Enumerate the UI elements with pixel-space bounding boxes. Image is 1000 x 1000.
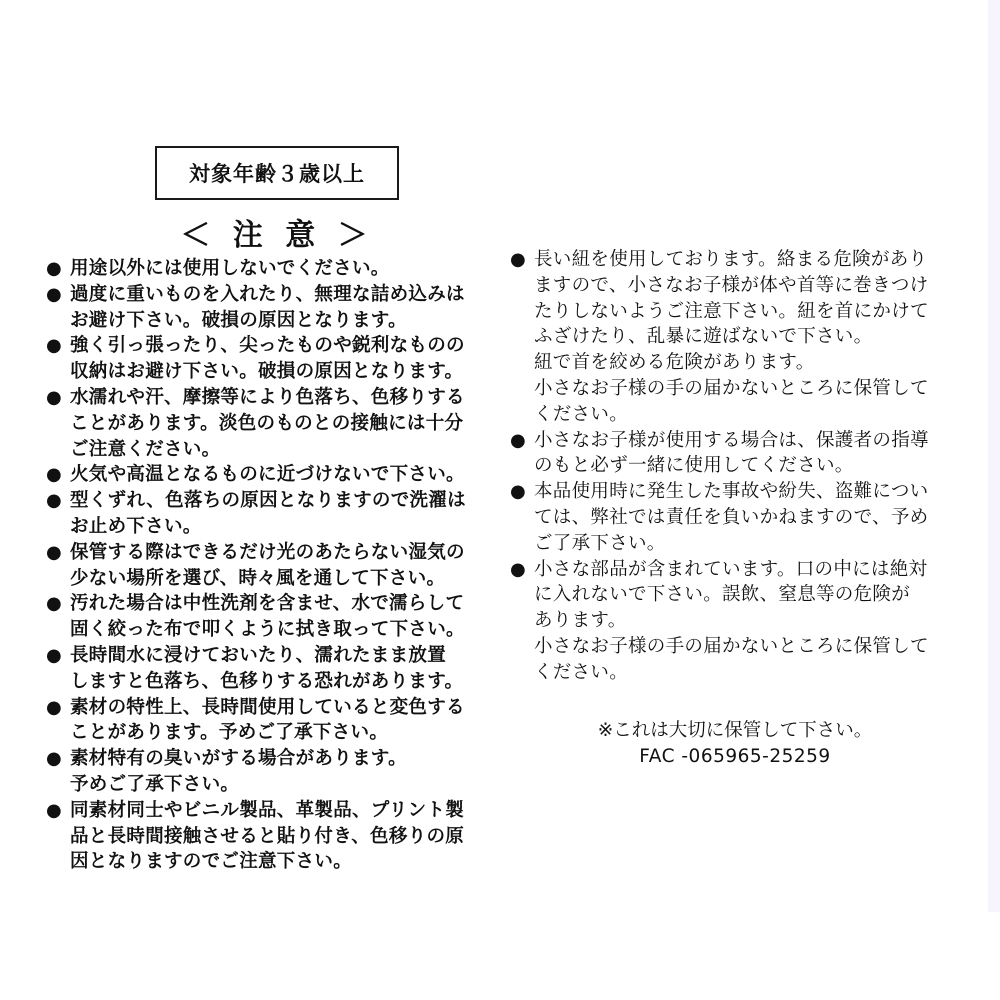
caution-item: ●過度に重いものを入れたり、無理な詰め込みはお避け下さい。破損の原因となります。: [46, 282, 496, 334]
caution-item-text: 火気や高温となるものに近づけないで下さい。: [70, 462, 496, 488]
caution-line: 品と長時間接触させると貼り付き、色移りの原: [70, 824, 496, 850]
caution-list-left: ●用途以外には使用しないでください。●過度に重いものを入れたり、無理な詰め込みは…: [46, 256, 496, 875]
bullet-icon: ●: [46, 333, 70, 359]
caution-line: 同素材同士やビニル製品、革製品、プリント製: [70, 798, 496, 824]
bullet-icon: ●: [46, 591, 70, 617]
caution-line: 小さなお子様の手の届かないところに保管して: [534, 376, 960, 402]
caution-line: 因となりますのでご注意下さい。: [70, 849, 496, 875]
caution-item: ●用途以外には使用しないでください。: [46, 256, 496, 282]
caution-item-text: 水濡れや汗、摩擦等により色落ち、色移りすることがあります。淡色のものとの接触には…: [70, 385, 496, 462]
caution-item: ●火気や高温となるものに近づけないで下さい。: [46, 462, 496, 488]
caution-line: 本品使用時に発生した事故や紛失、盗難につい: [534, 479, 960, 505]
caution-item: ●長時間水に浸けておいたり、濡れたまま放置しますと色落ち、色移りする恐れがありま…: [46, 643, 496, 695]
keep-note: ※これは大切に保管して下さい。: [560, 718, 910, 744]
bullet-icon: ●: [46, 462, 70, 488]
caution-line: 保管する際はできるだけ光のあたらない湿気の: [70, 540, 496, 566]
caution-line: 過度に重いものを入れたり、無理な詰め込みは: [70, 282, 496, 308]
caution-line: ては、弊社では責任を負いかねますので、予め: [534, 505, 960, 531]
caution-line: ふざけたり、乱暴に遊ばないで下さい。: [534, 324, 960, 350]
bullet-icon: ●: [510, 557, 534, 583]
caution-item: ●本品使用時に発生した事故や紛失、盗難については、弊社では責任を負いかねますので…: [510, 479, 960, 556]
caution-line: 固く絞った布で叩くように拭き取って下さい。: [70, 617, 496, 643]
caution-line: ください。: [534, 402, 960, 428]
caution-item: ●素材の特性上、長時間使用していると変色することがあります。予めご了承下さい。: [46, 695, 496, 747]
caution-item: ●強く引っ張ったり、尖ったものや鋭利なものの収納はお避け下さい。破損の原因となり…: [46, 333, 496, 385]
caution-item: ●素材特有の臭いがする場合があります。予めご了承下さい。: [46, 746, 496, 798]
caution-item: ●水濡れや汗、摩擦等により色落ち、色移りすることがあります。淡色のものとの接触に…: [46, 385, 496, 462]
caution-item-text: 小さなお子様が使用する場合は、保護者の指導のもと必ず一緒に使用してください。: [534, 428, 960, 480]
bullet-icon: ●: [46, 488, 70, 514]
edge-strip: [988, 0, 1000, 912]
caution-item: ●保管する際はできるだけ光のあたらない湿気の少ない場所を選び、時々風を通して下さ…: [46, 540, 496, 592]
caution-line: しますと色落ち、色移りする恐れがあります。: [70, 669, 496, 695]
product-code: FAC -065965-25259: [560, 744, 910, 770]
caution-line: 長時間水に浸けておいたり、濡れたまま放置: [70, 643, 496, 669]
caution-item-text: 長い紐を使用しております。絡まる危険がありますので、小さなお子様が体や首等に巻き…: [534, 247, 960, 428]
caution-line: 小さなお子様の手の届かないところに保管して: [534, 634, 960, 660]
caution-item: ●汚れた場合は中性洗剤を含ませ、水で濡らして固く絞った布で叩くように拭き取って下…: [46, 591, 496, 643]
caution-line: 火気や高温となるものに近づけないで下さい。: [70, 462, 496, 488]
caution-line: 型くずれ、色落ちの原因となりますので洗濯は: [70, 488, 496, 514]
caution-heading: ＜ 注 意 ＞: [155, 210, 399, 254]
caution-line: に入れないで下さい。誤飲、窒息等の危険が: [534, 582, 960, 608]
age-rating-box: 対象年齢３歳以上: [155, 146, 399, 200]
caution-line: あります。: [534, 608, 960, 634]
bullet-icon: ●: [46, 746, 70, 772]
caution-line: ご注意ください。: [70, 437, 496, 463]
caution-list-right: ●長い紐を使用しております。絡まる危険がありますので、小さなお子様が体や首等に巻…: [510, 247, 960, 686]
caution-line: 長い紐を使用しております。絡まる危険があり: [534, 247, 960, 273]
caution-item: ●長い紐を使用しております。絡まる危険がありますので、小さなお子様が体や首等に巻…: [510, 247, 960, 428]
caution-line: お避け下さい。破損の原因となります。: [70, 308, 496, 334]
age-rating-label: 対象年齢３歳以上: [189, 158, 365, 188]
bullet-icon: ●: [510, 479, 534, 505]
caution-item: ●同素材同士やビニル製品、革製品、プリント製品と長時間接触させると貼り付き、色移…: [46, 798, 496, 875]
caution-line: ますので、小さなお子様が体や首等に巻きつけ: [534, 273, 960, 299]
bullet-icon: ●: [46, 695, 70, 721]
bullet-icon: ●: [46, 798, 70, 824]
caution-line: のもと必ず一緒に使用してください。: [534, 453, 960, 479]
caution-item-text: 長時間水に浸けておいたり、濡れたまま放置しますと色落ち、色移りする恐れがあります…: [70, 643, 496, 695]
footer-note: ※これは大切に保管して下さい。 FAC -065965-25259: [560, 718, 910, 770]
caution-line: ください。: [534, 660, 960, 686]
caution-line: 小さな部品が含まれています。口の中には絶対: [534, 557, 960, 583]
caution-line: 素材の特性上、長時間使用していると変色する: [70, 695, 496, 721]
caution-line: 強く引っ張ったり、尖ったものや鋭利なものの: [70, 333, 496, 359]
caution-item-text: 素材特有の臭いがする場合があります。予めご了承下さい。: [70, 746, 496, 798]
bullet-icon: ●: [46, 256, 70, 282]
caution-line: ご了承下さい。: [534, 531, 960, 557]
caution-item: ●型くずれ、色落ちの原因となりますので洗濯はお止め下さい。: [46, 488, 496, 540]
caution-item: ●小さなお子様が使用する場合は、保護者の指導のもと必ず一緒に使用してください。: [510, 428, 960, 480]
caution-item-text: 型くずれ、色落ちの原因となりますので洗濯はお止め下さい。: [70, 488, 496, 540]
caution-item-text: 保管する際はできるだけ光のあたらない湿気の少ない場所を選び、時々風を通して下さい…: [70, 540, 496, 592]
caution-line: お止め下さい。: [70, 514, 496, 540]
caution-item-text: 素材の特性上、長時間使用していると変色することがあります。予めご了承下さい。: [70, 695, 496, 747]
bullet-icon: ●: [510, 428, 534, 454]
caution-item-text: 同素材同士やビニル製品、革製品、プリント製品と長時間接触させると貼り付き、色移り…: [70, 798, 496, 875]
caution-line: たりしないようご注意下さい。紐を首にかけて: [534, 299, 960, 325]
caution-line: 紐で首を絞める危険があります。: [534, 350, 960, 376]
caution-item-text: 汚れた場合は中性洗剤を含ませ、水で濡らして固く絞った布で叩くように拭き取って下さ…: [70, 591, 496, 643]
bullet-icon: ●: [46, 540, 70, 566]
caution-line: ことがあります。予めご了承下さい。: [70, 720, 496, 746]
bullet-icon: ●: [46, 643, 70, 669]
caution-line: 予めご了承下さい。: [70, 772, 496, 798]
caution-item-text: 小さな部品が含まれています。口の中には絶対に入れないで下さい。誤飲、窒息等の危険…: [534, 557, 960, 686]
caution-line: ことがあります。淡色のものとの接触には十分: [70, 411, 496, 437]
caution-item: ●小さな部品が含まれています。口の中には絶対に入れないで下さい。誤飲、窒息等の危…: [510, 557, 960, 686]
caution-line: 小さなお子様が使用する場合は、保護者の指導: [534, 428, 960, 454]
caution-line: 収納はお避け下さい。破損の原因となります。: [70, 359, 496, 385]
caution-line: 素材特有の臭いがする場合があります。: [70, 746, 496, 772]
caution-line: 用途以外には使用しないでください。: [70, 256, 496, 282]
caution-item-text: 用途以外には使用しないでください。: [70, 256, 496, 282]
caution-item-text: 過度に重いものを入れたり、無理な詰め込みはお避け下さい。破損の原因となります。: [70, 282, 496, 334]
caution-line: 少ない場所を選び、時々風を通して下さい。: [70, 566, 496, 592]
caution-line: 汚れた場合は中性洗剤を含ませ、水で濡らして: [70, 591, 496, 617]
caution-item-text: 強く引っ張ったり、尖ったものや鋭利なものの収納はお避け下さい。破損の原因となりま…: [70, 333, 496, 385]
bullet-icon: ●: [510, 247, 534, 273]
bullet-icon: ●: [46, 282, 70, 308]
bullet-icon: ●: [46, 385, 70, 411]
caution-line: 水濡れや汗、摩擦等により色落ち、色移りする: [70, 385, 496, 411]
caution-item-text: 本品使用時に発生した事故や紛失、盗難については、弊社では責任を負いかねますので、…: [534, 479, 960, 556]
